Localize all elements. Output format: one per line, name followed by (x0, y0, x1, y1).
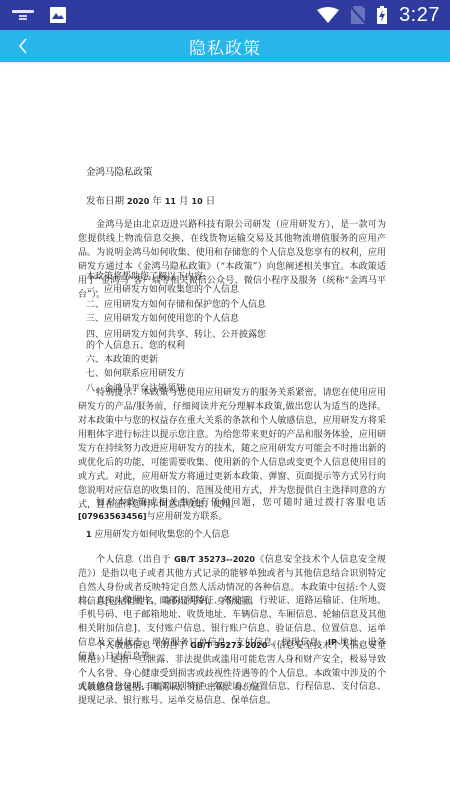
toc-item[interactable]: 四、应用研发方如何共享、转让、公开披露您的个人信息五、您的权利 (86, 330, 266, 352)
notice-paragraph: 特别提示：本政策与您使用应用研发方的服务关系紧密，请您在使用应用研发方的产品/服… (78, 386, 386, 512)
back-button[interactable] (8, 30, 38, 62)
publish-date: 发布日期 2020 年 11 月 10 日 (86, 195, 215, 209)
clock: 3:27 (399, 4, 440, 27)
customer-service-phone[interactable]: [07963563456] (78, 512, 147, 521)
contact-prefix: 如对本政策或相关事宜有任何问题，您可随时通过拨打客服电话 (96, 498, 386, 508)
status-left (12, 7, 66, 23)
status-right: 3:27 (317, 4, 440, 27)
section-1-heading: 1 应用研发方如何收集您的个人信息 (86, 528, 229, 542)
pi-prefix: 个人信息（出自于 (96, 555, 174, 565)
date-label-month: 月 (176, 196, 192, 207)
contact-paragraph: 如对本政策或相关事宜有任何问题，您可随时通过拨打客服电话[07963563456… (78, 496, 386, 524)
battery-charging-icon (377, 6, 387, 24)
date-year: 2020 (127, 197, 149, 206)
date-prefix: 发布日期 (86, 196, 127, 207)
policy-content[interactable]: 金鸿马隐私政策 发布日期 2020 年 11 月 10 日 金鸿马是由北京迈进兴… (0, 62, 450, 800)
image-icon (50, 7, 66, 23)
status-bar: 3:27 (0, 0, 450, 30)
date-day: 10 (192, 197, 203, 206)
sensitive-info-continued: 或其他身份证明、面部识别特征、驾驶证、位置信息、行程信息、支付信息、提现记录、银… (78, 680, 386, 708)
standard-code: GB/T 35273 2020 (190, 641, 267, 650)
toc-heading: 本政策将帮助您了解以下内容: (86, 270, 206, 284)
date-label-year: 年 (149, 196, 165, 207)
chevron-left-icon (18, 38, 28, 54)
date-month: 11 (165, 197, 176, 206)
toc-item[interactable]: 六、本政策的更新 (86, 354, 286, 367)
standard-code: GB/T 35273--2020 (174, 555, 255, 564)
contact-suffix: 与应用研发方联系。 (147, 512, 228, 522)
toc-item[interactable]: 一、应用研发方如何收集您的个人信息 (86, 284, 286, 297)
document-title: 金鸿马隐私政策 (86, 166, 153, 180)
wifi-icon (317, 7, 339, 23)
table-of-contents: 一、应用研发方如何收集您的个人信息 二、应用研发方如何存储和保护您的个人信息 三… (86, 284, 286, 395)
spi-prefix: 个人敏感信息（出自于 (96, 641, 190, 651)
page-title: 隐私政策 (189, 34, 261, 59)
section-title: 应用研发方如何收集您的个人信息 (92, 530, 230, 540)
no-sim-icon (351, 6, 365, 24)
toc-item[interactable]: 七、如何联系应用研发方 (86, 368, 286, 381)
toc-item[interactable]: 三、应用研发方如何使用您的个人信息 (86, 313, 286, 326)
toc-item[interactable]: 二、应用研发方如何存储和保护您的个人信息 (86, 299, 286, 312)
date-label-day: 日 (203, 196, 216, 207)
app-logo-icon (12, 8, 34, 22)
app-bar: 隐私政策 (0, 30, 450, 62)
